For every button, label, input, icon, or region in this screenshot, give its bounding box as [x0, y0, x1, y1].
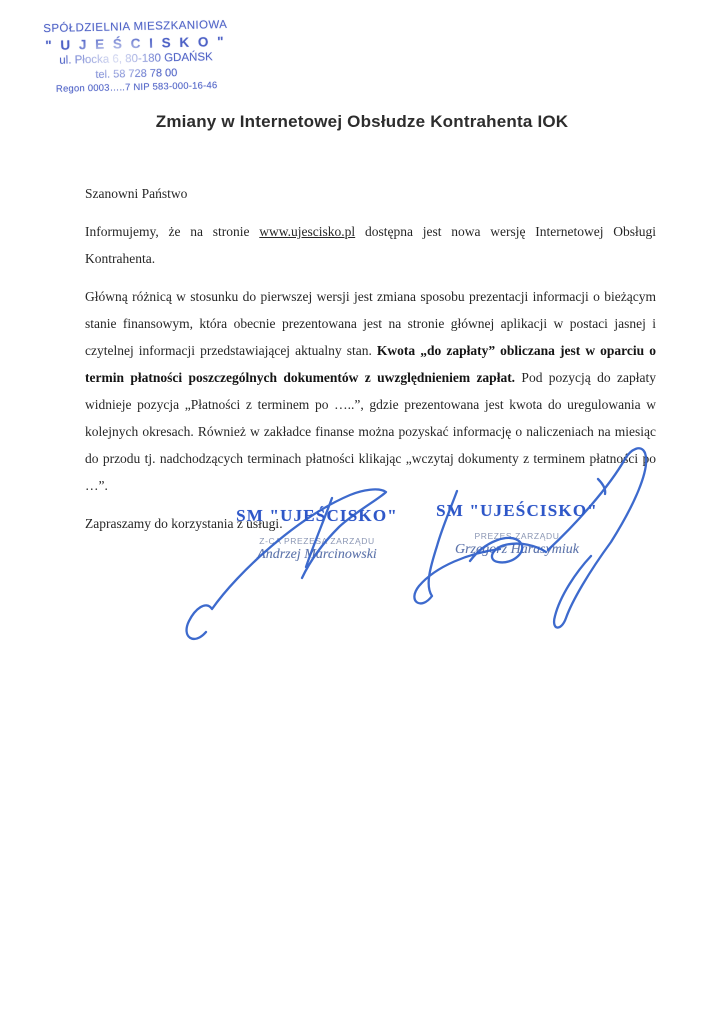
paragraph-intro: Informujemy, że na stronie www.ujescisko… [85, 218, 656, 272]
signature-block-left: SM "UJEŚCISKO" Z-CA PREZESA ZARZĄDU Andr… [232, 506, 402, 563]
signature-company-stamp-right: SM "UJEŚCISKO" [432, 501, 602, 521]
salutation: Szanowni Państwo [85, 180, 656, 207]
signature-name-right: Grzegorz Harasymiuk [432, 542, 602, 558]
letter-body: Szanowni Państwo Informujemy, że na stro… [85, 180, 656, 548]
company-ink-stamp: SPÓŁDZIELNIA MIESZKANIOWA " U J E Ś C I … [33, 18, 239, 97]
signature-block-right: SM "UJEŚCISKO" PREZES ZARZĄDU Grzegorz H… [432, 501, 602, 558]
website-url: www.ujescisko.pl [259, 224, 355, 239]
intro-text-before-url: Informujemy, że na stronie [85, 224, 259, 239]
main-text-2: Pod pozycją do zapłaty widnieje pozycja … [85, 370, 656, 493]
signature-role-left: Z-CA PREZESA ZARZĄDU [232, 536, 402, 546]
signature-name-left: Andrzej Marcinowski [232, 547, 402, 563]
scanned-letter-page: SPÓŁDZIELNIA MIESZKANIOWA " U J E Ś C I … [0, 0, 724, 1024]
signature-company-stamp-left: SM "UJEŚCISKO" [232, 506, 402, 526]
letter-title: Zmiany w Internetowej Obsłudze Kontrahen… [0, 112, 724, 132]
paragraph-main: Główną różnicą w stosunku do pierwszej w… [85, 283, 656, 499]
signature-role-right: PREZES ZARZĄDU [432, 531, 602, 541]
